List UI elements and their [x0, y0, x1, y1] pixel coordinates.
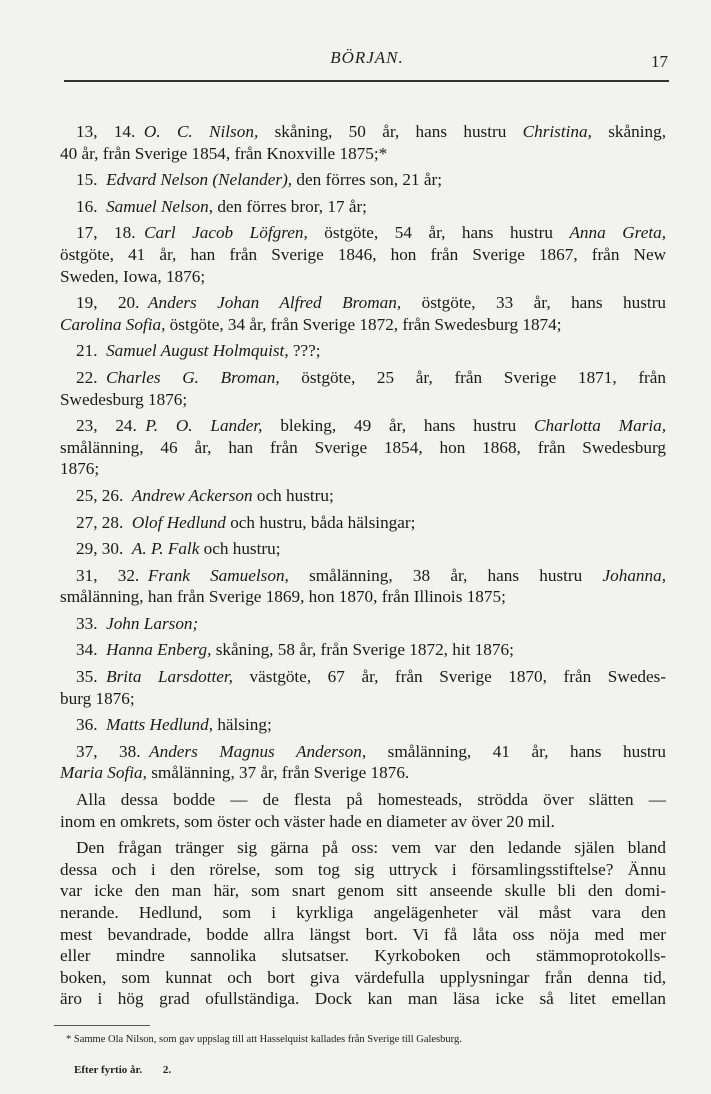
member-entry: 13, 14. O. C. Nilson, skåning, 50 år, ha…	[60, 121, 666, 164]
entry-text: östgöte, 34 år, från Sverige 1872, från …	[165, 315, 561, 334]
entry-text: 40 år, från Sverige 1854, från Knoxville…	[60, 144, 387, 163]
member-entry: 19, 20. Anders Johan Alfred Broman, östg…	[60, 292, 666, 335]
header-rule	[64, 80, 669, 82]
person-name: Christina,	[523, 122, 592, 141]
entry-number: 13, 14.	[76, 122, 144, 141]
person-name: Hanna Enberg,	[106, 640, 211, 659]
entry-number: 23, 24.	[76, 416, 145, 435]
text-line: 29, 30. A. P. Falk och hustru;	[60, 538, 666, 560]
text-line: Sweden, Iowa, 1876;	[60, 266, 666, 288]
entry-text: skåning, 50 år, hans hustru	[258, 122, 522, 141]
entry-text: ???;	[289, 341, 321, 360]
footnote-rule	[54, 1025, 150, 1026]
person-name: John Larson;	[106, 614, 198, 633]
entry-number: 16.	[76, 197, 106, 216]
person-name: O. C. Nilson,	[144, 122, 258, 141]
entry-text: och hustru;	[199, 539, 280, 558]
entry-text: östgöte, 54 år, hans hustru	[308, 223, 570, 242]
entry-text: bleking, 49 år, hans hustru	[262, 416, 534, 435]
entry-text: Sweden, Iowa, 1876;	[60, 267, 205, 286]
person-name: Charles G. Broman,	[106, 368, 280, 387]
page-header: BÖRJAN. 17	[64, 48, 670, 78]
person-name: A. P. Falk	[132, 539, 199, 558]
person-name: Anna Greta,	[569, 223, 666, 242]
member-entry: 23, 24. P. O. Lander, bleking, 49 år, ha…	[60, 415, 666, 480]
person-name: Brita Larsdotter,	[106, 667, 233, 686]
person-name: Edvard Nelson (Nelander),	[106, 170, 292, 189]
member-entry: 17, 18. Carl Jacob Löfgren, östgöte, 54 …	[60, 222, 666, 287]
member-entry: 25, 26. Andrew Ackerson och hustru;	[60, 485, 666, 507]
member-entry: 36. Matts Hedlund, hälsing;	[60, 714, 666, 736]
text-line: 22. Charles G. Broman, östgöte, 25 år, f…	[60, 367, 666, 389]
text-line: 19, 20. Anders Johan Alfred Broman, östg…	[60, 292, 666, 314]
entry-number: 22.	[76, 368, 106, 387]
text-line: Swedesburg 1876;	[60, 389, 666, 411]
signature-title: Efter fyrtio år.	[74, 1064, 142, 1076]
entry-number: 25, 26.	[76, 486, 132, 505]
text-line: 31, 32. Frank Samuelson, smålänning, 38 …	[60, 565, 666, 587]
entry-text: smålänning, 46 år, han från Sverige 1854…	[60, 438, 666, 457]
entry-text: östgöte, 41 år, han från Sverige 1846, h…	[60, 245, 666, 264]
person-name: Olof Hedlund	[132, 513, 226, 532]
text-line: 1876;	[60, 458, 666, 480]
member-entry: 37, 38. Anders Magnus Anderson, smålänni…	[60, 741, 666, 784]
entry-number: 34.	[76, 640, 106, 659]
entry-number: 27, 28.	[76, 513, 132, 532]
text-line: 16. Samuel Nelson, den förres bror, 17 å…	[60, 196, 666, 218]
entry-number: 37, 38.	[76, 742, 149, 761]
entry-number: 31, 32.	[76, 566, 148, 585]
text-line: 21. Samuel August Holmquist, ???;	[60, 340, 666, 362]
entry-number: 29, 30.	[76, 539, 132, 558]
entry-text: östgöte, 25 år, från Sverige 1871, från	[280, 368, 666, 387]
member-entry: 31, 32. Frank Samuelson, smålänning, 38 …	[60, 565, 666, 608]
text-line: 33. John Larson;	[60, 613, 666, 635]
entry-number: 17, 18.	[76, 223, 144, 242]
text-line: Maria Sofia, smålänning, 37 år, från Sve…	[60, 762, 666, 784]
signature-sheet: 2.	[163, 1064, 171, 1076]
entry-text: och hustru;	[253, 486, 334, 505]
person-name: Samuel Nelson,	[106, 197, 213, 216]
person-name: Matts Hedlund	[106, 715, 209, 734]
person-name: Anders Magnus Anderson,	[149, 742, 366, 761]
entry-text: smålänning, 38 år, hans hustru	[289, 566, 603, 585]
entry-text: burg 1876;	[60, 689, 135, 708]
person-name: Frank Samuelson,	[148, 566, 289, 585]
text-line: smålänning, han från Sverige 1869, hon 1…	[60, 586, 666, 608]
text-line: Alla dessa bodde — de flesta på homestea…	[60, 789, 666, 811]
entry-text: smålänning, 37 år, från Sverige 1876.	[147, 763, 409, 782]
entry-text: smålänning, han från Sverige 1869, hon 1…	[60, 587, 506, 606]
entry-text: skåning,	[592, 122, 666, 141]
text-line: 40 år, från Sverige 1854, från Knoxville…	[60, 143, 666, 165]
entry-number: 21.	[76, 341, 106, 360]
entry-text: östgöte, 33 år, hans hustru	[401, 293, 666, 312]
entry-text: Swedesburg 1876;	[60, 390, 187, 409]
signature-line: Efter fyrtio år. 2.	[74, 1064, 189, 1076]
member-entry: 33. John Larson;	[60, 613, 666, 635]
book-page: BÖRJAN. 17 13, 14. O. C. Nilson, skåning…	[0, 0, 711, 1094]
member-entry: 34. Hanna Enberg, skåning, 58 år, från S…	[60, 639, 666, 661]
entry-text: västgöte, 67 år, från Sverige 1870, från…	[233, 667, 666, 686]
text-line: nerande. Hedlund, som i kyrkliga angeläg…	[60, 902, 666, 924]
entry-number: 33.	[76, 614, 106, 633]
prose: Alla dessa bodde — de flesta på homestea…	[60, 789, 666, 1015]
text-line: boken, som kunnat och bort giva värdeful…	[60, 967, 666, 989]
text-line: dessa och i den rörelse, som tog sig utt…	[60, 859, 666, 881]
person-name: Samuel August Holmquist,	[106, 341, 289, 360]
text-line: eller mindre sannolika slutsatser. Kyrko…	[60, 945, 666, 967]
entry-text: den förres son, 21 år;	[292, 170, 442, 189]
text-line: mest bevandrade, bodde allra längst bort…	[60, 924, 666, 946]
member-entry: 22. Charles G. Broman, östgöte, 25 år, f…	[60, 367, 666, 410]
entry-text: smålänning, 41 år, hans hustru	[366, 742, 666, 761]
text-line: 15. Edvard Nelson (Nelander), den förres…	[60, 169, 666, 191]
text-line: 17, 18. Carl Jacob Löfgren, östgöte, 54 …	[60, 222, 666, 244]
footnote: * Samme Ola Nilson, som gav uppslag till…	[66, 1034, 666, 1045]
member-entry: 27, 28. Olof Hedlund och hustru, båda hä…	[60, 512, 666, 534]
person-name: Carl Jacob Löfgren,	[144, 223, 308, 242]
entry-number: 15.	[76, 170, 106, 189]
member-entry: 29, 30. A. P. Falk och hustru;	[60, 538, 666, 560]
text-line: 27, 28. Olof Hedlund och hustru, båda hä…	[60, 512, 666, 534]
entry-number: 35.	[76, 667, 106, 686]
text-line: 35. Brita Larsdotter, västgöte, 67 år, f…	[60, 666, 666, 688]
text-line: smålänning, 46 år, han från Sverige 1854…	[60, 437, 666, 459]
entry-text: skåning, 58 år, från Sverige 1872, hit 1…	[211, 640, 513, 659]
entry-number: 19, 20.	[76, 293, 148, 312]
page-number: 17	[651, 52, 668, 72]
text-line: burg 1876;	[60, 688, 666, 710]
person-name: Johanna,	[603, 566, 667, 585]
person-name: Carolina Sofia,	[60, 315, 165, 334]
member-entry: 16. Samuel Nelson, den förres bror, 17 å…	[60, 196, 666, 218]
person-name: Anders Johan Alfred Broman,	[148, 293, 401, 312]
person-name: Charlotta Maria,	[534, 416, 666, 435]
person-name: Andrew Ackerson	[132, 486, 253, 505]
member-entry: 21. Samuel August Holmquist, ???;	[60, 340, 666, 362]
entry-text: den förres bror, 17 år;	[213, 197, 367, 216]
entry-text: och hustru, båda hälsingar;	[226, 513, 416, 532]
text-line: äro i hög grad ofullständiga. Dock kan m…	[60, 988, 666, 1010]
entry-number: 36.	[76, 715, 106, 734]
text-line: Carolina Sofia, östgöte, 34 år, från Sve…	[60, 314, 666, 336]
text-line: 13, 14. O. C. Nilson, skåning, 50 år, ha…	[60, 121, 666, 143]
running-title: BÖRJAN.	[64, 48, 670, 68]
member-entry: 35. Brita Larsdotter, västgöte, 67 år, f…	[60, 666, 666, 709]
person-name: Maria Sofia,	[60, 763, 147, 782]
member-list: 13, 14. O. C. Nilson, skåning, 50 år, ha…	[60, 121, 666, 789]
text-line: var icke den man här, som snart genom si…	[60, 880, 666, 902]
member-entry: 15. Edvard Nelson (Nelander), den förres…	[60, 169, 666, 191]
text-line: 37, 38. Anders Magnus Anderson, smålänni…	[60, 741, 666, 763]
text-line: 25, 26. Andrew Ackerson och hustru;	[60, 485, 666, 507]
text-line: östgöte, 41 år, han från Sverige 1846, h…	[60, 244, 666, 266]
body-text: 13, 14. O. C. Nilson, skåning, 50 år, ha…	[60, 121, 666, 1015]
text-line: 34. Hanna Enberg, skåning, 58 år, från S…	[60, 639, 666, 661]
text-line: 23, 24. P. O. Lander, bleking, 49 år, ha…	[60, 415, 666, 437]
text-line: inom en omkrets, som öster och väster ha…	[60, 811, 666, 833]
text-line: 36. Matts Hedlund, hälsing;	[60, 714, 666, 736]
entry-text: 1876;	[60, 459, 99, 478]
entry-text: , hälsing;	[209, 715, 272, 734]
person-name: P. O. Lander,	[145, 416, 262, 435]
paragraph: Alla dessa bodde — de flesta på homestea…	[60, 789, 666, 832]
paragraph: Den frågan tränger sig gärna på oss: vem…	[60, 837, 666, 1010]
text-line: Den frågan tränger sig gärna på oss: vem…	[60, 837, 666, 859]
